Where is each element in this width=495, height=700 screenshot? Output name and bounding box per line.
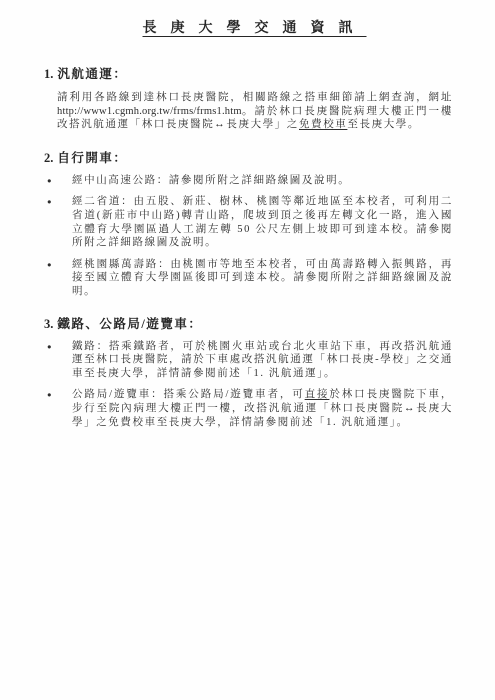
bullet-icon: ● bbox=[47, 195, 72, 209]
bullet-text: 鐵路：搭乘鐵路者，可於桃園火車站或台北火車站下車，再改搭汎航通運至林口長庚醫院，… bbox=[72, 340, 453, 381]
section-heading: 2.自行開車： bbox=[44, 148, 453, 166]
document-title: 長庚大學交通資訊 bbox=[14, 17, 495, 37]
section-number: 1. bbox=[44, 67, 53, 81]
bullet-icon: ● bbox=[47, 258, 72, 272]
list-item: ● 經中山高速公路：請參閱所附之詳細路線圖及說明。 bbox=[47, 174, 453, 188]
section-driving: 2.自行開車： ● 經中山高速公路：請參閱所附之詳細路線圖及說明。 ● 經二省道… bbox=[0, 148, 495, 299]
document-page: 長庚大學交通資訊 1.汎航通運： 請利用各路線到達林口長庚醫院，相關路線之搭車細… bbox=[0, 0, 495, 700]
section-number: 2. bbox=[44, 151, 53, 165]
list-item: ● 經桃園縣萬壽路：由桃園市等地至本校者，可由萬壽路轉入振興路，再接至國立體育大… bbox=[47, 258, 453, 299]
section-paragraph: 請利用各路線到達林口長庚醫院，相關路線之搭車細節請上網查詢，網址http://w… bbox=[57, 91, 453, 132]
section-rail-bus: 3.鐵路、公路局/遊覽車： ● 鐵路：搭乘鐵路者，可於桃園火車站或台北火車站下車… bbox=[0, 314, 495, 430]
bullet-text: 經中山高速公路：請參閱所附之詳細路線圖及說明。 bbox=[72, 174, 453, 188]
bullet-list: ● 經中山高速公路：請參閱所附之詳細路線圖及說明。 ● 經二省道：由五股、新莊、… bbox=[47, 174, 453, 299]
section-number: 3. bbox=[44, 317, 53, 331]
bullet-text: 經桃園縣萬壽路：由桃園市等地至本校者，可由萬壽路轉入振興路，再接至國立體育大學園… bbox=[72, 258, 453, 299]
bullet-list: ● 鐵路：搭乘鐵路者，可於桃園火車站或台北火車站下車，再改搭汎航通運至林口長庚醫… bbox=[47, 340, 453, 430]
section-fanhang-transit: 1.汎航通運： 請利用各路線到達林口長庚醫院，相關路線之搭車細節請上網查詢，網址… bbox=[0, 64, 495, 132]
bullet-icon: ● bbox=[47, 388, 72, 402]
paragraph-text: 請利用各路線到達林口長庚醫院，相關路線之搭車細節請上網查詢，網址 bbox=[57, 92, 453, 103]
section-heading: 1.汎航通運： bbox=[44, 64, 453, 82]
underlined-direct-text: 直接 bbox=[305, 389, 330, 400]
bullet-text-segment: 公路局/遊覽車：搭乘公路局/遊覽車者，可 bbox=[72, 389, 305, 400]
url-text: http://www1.cgmh.org.tw/frms/frms1.htm bbox=[57, 106, 242, 117]
section-heading: 3.鐵路、公路局/遊覽車： bbox=[44, 314, 453, 332]
list-item: ● 鐵路：搭乘鐵路者，可於桃園火車站或台北火車站下車，再改搭汎航通運至林口長庚醫… bbox=[47, 340, 453, 381]
bullet-text: 公路局/遊覽車：搭乘公路局/遊覽車者，可直接於林口長庚醫院下車，步行至院內病理大… bbox=[72, 388, 453, 429]
section-heading-text: 自行開車： bbox=[57, 151, 127, 165]
underlined-free-shuttle-text: 免費校車 bbox=[299, 119, 347, 130]
section-heading-text: 汎航通運： bbox=[57, 67, 127, 81]
list-item: ● 經二省道：由五股、新莊、樹林、桃園等鄰近地區至本校者，可利用二省道(新莊市中… bbox=[47, 195, 453, 249]
bullet-icon: ● bbox=[47, 340, 72, 354]
bullet-icon: ● bbox=[47, 174, 72, 188]
bullet-text: 經二省道：由五股、新莊、樹林、桃園等鄰近地區至本校者，可利用二省道(新莊市中山路… bbox=[72, 195, 453, 249]
paragraph-text: 至長庚大學。 bbox=[347, 119, 420, 130]
section-heading-text: 鐵路、公路局/遊覽車： bbox=[57, 317, 202, 331]
list-item: ● 公路局/遊覽車：搭乘公路局/遊覽車者，可直接於林口長庚醫院下車，步行至院內病… bbox=[47, 388, 453, 429]
